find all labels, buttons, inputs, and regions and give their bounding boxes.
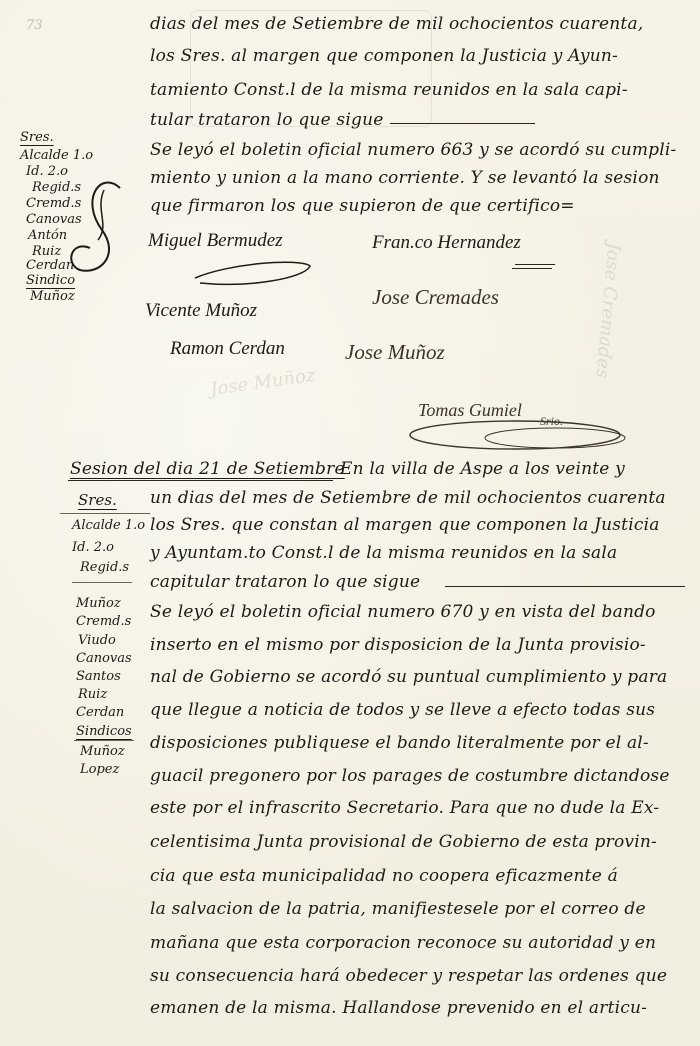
- rubric-bracket-icon: [60, 170, 130, 285]
- margin-item: Muñoz: [80, 744, 125, 759]
- body-line: nal de Gobierno se acordó su puntual cum…: [150, 667, 667, 687]
- signature-flourish-icon: [190, 258, 320, 288]
- body-line: miento y union a la mano corriente. Y se…: [150, 168, 660, 188]
- page-mark: 73: [26, 18, 43, 33]
- body-line: los Sres. al margen que componen la Just…: [150, 46, 618, 66]
- manuscript-page: 73 Jose Muñoz Jose Cremades dias del mes…: [0, 0, 700, 1046]
- margin-item: Viudo: [78, 633, 116, 648]
- margin-item: Sres.: [78, 491, 117, 509]
- body-line: inserto en el mismo por disposicion de l…: [150, 635, 646, 655]
- body-line: la salvacion de la patria, manifiestesel…: [150, 899, 646, 919]
- heading-underline: [68, 480, 333, 481]
- signature: Ramon Cerdan: [170, 338, 285, 360]
- margin-item: Alcalde 1.o: [20, 148, 93, 163]
- line-filler-rule: [390, 123, 535, 124]
- body-line: y Ayuntam.to Const.l de la misma reunido…: [150, 543, 617, 563]
- margin-item: Lopez: [80, 762, 119, 777]
- signature: Jose Muñoz: [345, 340, 445, 365]
- body-line: dias del mes de Setiembre de mil ochocie…: [150, 14, 643, 34]
- body-line: su consecuencia hará obedecer y respetar…: [150, 966, 667, 986]
- margin-rule: [72, 582, 132, 583]
- body-line: que llegue a noticia de todos y se lleve…: [150, 700, 655, 720]
- margin-item: Regid.s: [80, 560, 129, 575]
- margin-item: Cerdan: [76, 705, 124, 720]
- body-line: los Sres. que constan al margen que comp…: [150, 515, 660, 535]
- body-line: tamiento Const.l de la misma reunidos en…: [150, 80, 628, 100]
- body-line: este por el infrascrito Secretario. Para…: [150, 798, 659, 818]
- body-line: capitular trataron lo que sigue: [150, 572, 420, 592]
- margin-item: Sres.: [20, 130, 54, 145]
- margin-item: Cremd.s: [76, 614, 131, 629]
- margin-item: Santos: [76, 669, 121, 684]
- margin-item: Muñoz: [76, 596, 121, 611]
- margin-item: Alcalde 1.o: [72, 518, 145, 533]
- body-line: guacil pregonero por los parages de cost…: [150, 766, 670, 786]
- body-line: Se leyó el boletin oficial numero 663 y …: [150, 140, 676, 160]
- signature: Jose Cremades: [372, 285, 499, 310]
- margin-rule: [60, 513, 150, 514]
- body-line: tular trataron lo que sigue: [150, 110, 383, 130]
- body-line: cia que esta municipalidad no coopera ef…: [150, 866, 618, 886]
- session-heading: Sesion del dia 21 de Setiembre: [70, 459, 345, 479]
- body-line: En la villa de Aspe a los veinte y: [340, 459, 625, 479]
- signature-underline: [515, 264, 555, 265]
- margin-item: Sindicos: [76, 724, 132, 739]
- margin-item: Canovas: [76, 651, 132, 666]
- margin-item: Id. 2.o: [72, 540, 114, 555]
- signature: Fran.co Hernandez: [372, 232, 521, 254]
- body-line: disposiciones publiquese el bando litera…: [150, 733, 649, 753]
- body-line: mañana que esta corporacion reconoce su …: [150, 933, 656, 953]
- line-filler-rule: [445, 586, 685, 587]
- margin-item: Muñoz: [30, 289, 75, 304]
- body-line: celentisima Junta provisional de Gobiern…: [150, 832, 657, 852]
- bleed-through-text: Jose Cremades: [592, 242, 625, 379]
- bleed-through-text: Jose Muñoz: [209, 365, 317, 400]
- body-line: que firmaron los que supieron de que cer…: [150, 196, 575, 216]
- body-line: emanen de la misma. Hallandose prevenido…: [150, 998, 647, 1018]
- margin-item: Ruiz: [32, 244, 61, 259]
- signature-underline: [512, 268, 552, 269]
- margin-rule: [74, 740, 134, 741]
- signature: Miguel Bermudez: [148, 230, 283, 252]
- body-line: Se leyó el boletin oficial numero 670 y …: [150, 602, 656, 622]
- body-line: un dias del mes de Setiembre de mil ocho…: [150, 488, 666, 508]
- signature-flourish-icon: [405, 410, 635, 460]
- margin-item: Ruiz: [78, 687, 107, 702]
- signature: Vicente Muñoz: [145, 300, 257, 322]
